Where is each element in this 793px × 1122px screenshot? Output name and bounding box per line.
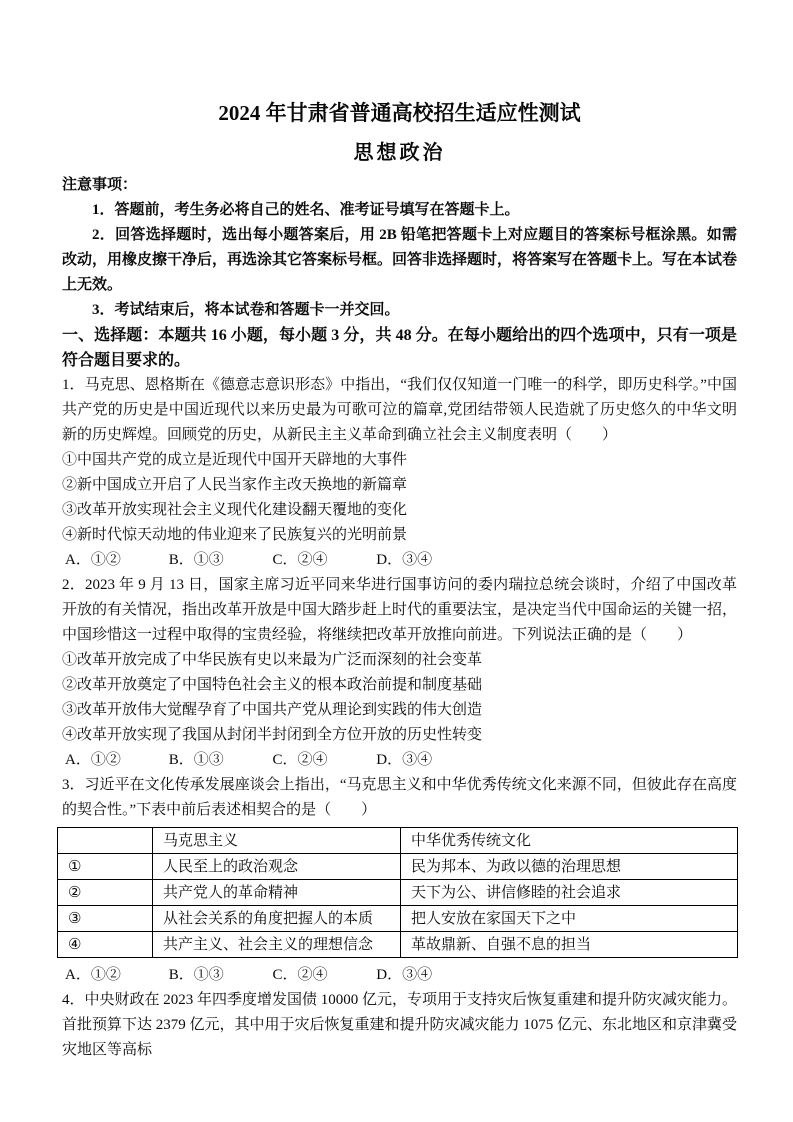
exam-paper-page: 2024 年甘肃省普通高校招生适应性测试 思想政治 注意事项： 1．答题前，考生… [0, 0, 793, 1122]
table-row-1-num: ① [58, 854, 153, 880]
question-3-choices: A．①② B．①③ C．②④ D．③④ [62, 963, 737, 988]
question-3-choice-d: D．③④ [376, 963, 476, 988]
question-2-stem: 2．2023 年 9 月 13 日，国家主席习近平同来华进行国事访问的委内瑞拉总… [62, 573, 737, 648]
question-2-item-1: ①改革开放完成了中华民族有史以来最为广泛而深刻的社会变革 [62, 648, 737, 673]
question-2: 2．2023 年 9 月 13 日，国家主席习近平同来华进行国事访问的委内瑞拉总… [62, 573, 737, 773]
table-row-4: ④ 共产主义、社会主义的理想信念 革故鼎新、自强不息的担当 [58, 932, 738, 958]
question-4: 4．中央财政在 2023 年四季度增发国债 10000 亿元，专项用于支持灾后恢… [62, 988, 737, 1063]
question-2-item-2: ②改革开放奠定了中国特色社会主义的根本政治前提和制度基础 [62, 673, 737, 698]
notice-block: 注意事项： 1．答题前，考生务必将自己的姓名、准考证号填写在答题卡上。 2．回答… [62, 173, 737, 323]
question-2-choice-a: A．①② [65, 748, 165, 773]
table-row-3-marxism: 从社会关系的角度把握人的本质 [153, 906, 401, 932]
paper-title: 2024 年甘肃省普通高校招生适应性测试 [62, 100, 737, 127]
question-3-choice-a: A．①② [65, 963, 165, 988]
paper-subject: 思想政治 [62, 140, 737, 166]
table-row-2-tradition: 天下为公、讲信修睦的社会追求 [401, 880, 738, 906]
table-header-row: 马克思主义 中华优秀传统文化 [58, 828, 738, 854]
question-3-choice-b: B．①③ [169, 963, 269, 988]
question-1-choices: A．①② B．①③ C．②④ D．③④ [62, 548, 737, 573]
notice-item-2: 2．回答选择题时，选出每小题答案后，用 2B 铅笔把答题卡上对应题目的答案标号框… [62, 223, 737, 298]
table-row-4-num: ④ [58, 932, 153, 958]
question-2-item-3: ③改革开放伟大觉醒孕育了中国共产党从理论到实践的伟大创造 [62, 698, 737, 723]
table-row-1: ① 人民至上的政治观念 民为邦本、为政以德的治理思想 [58, 854, 738, 880]
question-2-choice-b: B．①③ [169, 748, 269, 773]
question-2-choice-c: C．②④ [273, 748, 373, 773]
question-1-choice-d: D．③④ [376, 548, 476, 573]
table-row-1-tradition: 民为邦本、为政以德的治理思想 [401, 854, 738, 880]
table-row-1-marxism: 人民至上的政治观念 [153, 854, 401, 880]
question-1-choice-b: B．①③ [169, 548, 269, 573]
question-4-stem: 4．中央财政在 2023 年四季度增发国债 10000 亿元，专项用于支持灾后恢… [62, 988, 737, 1063]
notice-item-3: 3．考试结束后，将本试卷和答题卡一并交回。 [62, 298, 737, 323]
table-header-tradition: 中华优秀传统文化 [401, 828, 738, 854]
question-1-item-1: ①中国共产党的成立是近现代中国开天辟地的大事件 [62, 448, 737, 473]
section-1-heading: 一、选择题：本题共 16 小题，每小题 3 分，共 48 分。在每小题给出的四个… [62, 323, 737, 373]
table-row-2-marxism: 共产党人的革命精神 [153, 880, 401, 906]
question-1-choice-c: C．②④ [273, 548, 373, 573]
question-3: 3．习近平在文化传承发展座谈会上指出，“马克思主义和中华优秀传统文化来源不同，但… [62, 773, 737, 988]
table-row-2: ② 共产党人的革命精神 天下为公、讲信修睦的社会追求 [58, 880, 738, 906]
question-1-item-4: ④新时代惊天动地的伟业迎来了民族复兴的光明前景 [62, 523, 737, 548]
question-1-item-3: ③改革开放实现社会主义现代化建设翻天覆地的变化 [62, 498, 737, 523]
question-2-choice-d: D．③④ [376, 748, 476, 773]
table-row-4-tradition: 革故鼎新、自强不息的担当 [401, 932, 738, 958]
question-1-item-2: ②新中国成立开启了人民当家作主改天换地的新篇章 [62, 473, 737, 498]
question-2-item-4: ④改革开放实现了我国从封闭半封闭到全方位开放的历史性转变 [62, 723, 737, 748]
question-2-choices: A．①② B．①③ C．②④ D．③④ [62, 748, 737, 773]
table-row-3-num: ③ [58, 906, 153, 932]
paper-body: 注意事项： 1．答题前，考生务必将自己的姓名、准考证号填写在答题卡上。 2．回答… [62, 173, 737, 1063]
table-row-3-tradition: 把人安放在家国天下之中 [401, 906, 738, 932]
question-1: 1．马克思、恩格斯在《德意志意识形态》中指出，“我们仅仅知道一门唯一的科学，即历… [62, 373, 737, 573]
notice-heading: 注意事项： [62, 173, 737, 198]
table-row-2-num: ② [58, 880, 153, 906]
table-corner-cell [58, 828, 153, 854]
table-row-3: ③ 从社会关系的角度把握人的本质 把人安放在家国天下之中 [58, 906, 738, 932]
question-1-stem: 1．马克思、恩格斯在《德意志意识形态》中指出，“我们仅仅知道一门唯一的科学，即历… [62, 373, 737, 448]
question-1-choice-a: A．①② [65, 548, 165, 573]
question-3-choice-c: C．②④ [273, 963, 373, 988]
question-3-match-table: 马克思主义 中华优秀传统文化 ① 人民至上的政治观念 民为邦本、为政以德的治理思… [57, 827, 738, 958]
table-header-marxism: 马克思主义 [153, 828, 401, 854]
table-row-4-marxism: 共产主义、社会主义的理想信念 [153, 932, 401, 958]
question-3-stem: 3．习近平在文化传承发展座谈会上指出，“马克思主义和中华优秀传统文化来源不同，但… [62, 773, 737, 823]
notice-item-1: 1．答题前，考生务必将自己的姓名、准考证号填写在答题卡上。 [62, 198, 737, 223]
